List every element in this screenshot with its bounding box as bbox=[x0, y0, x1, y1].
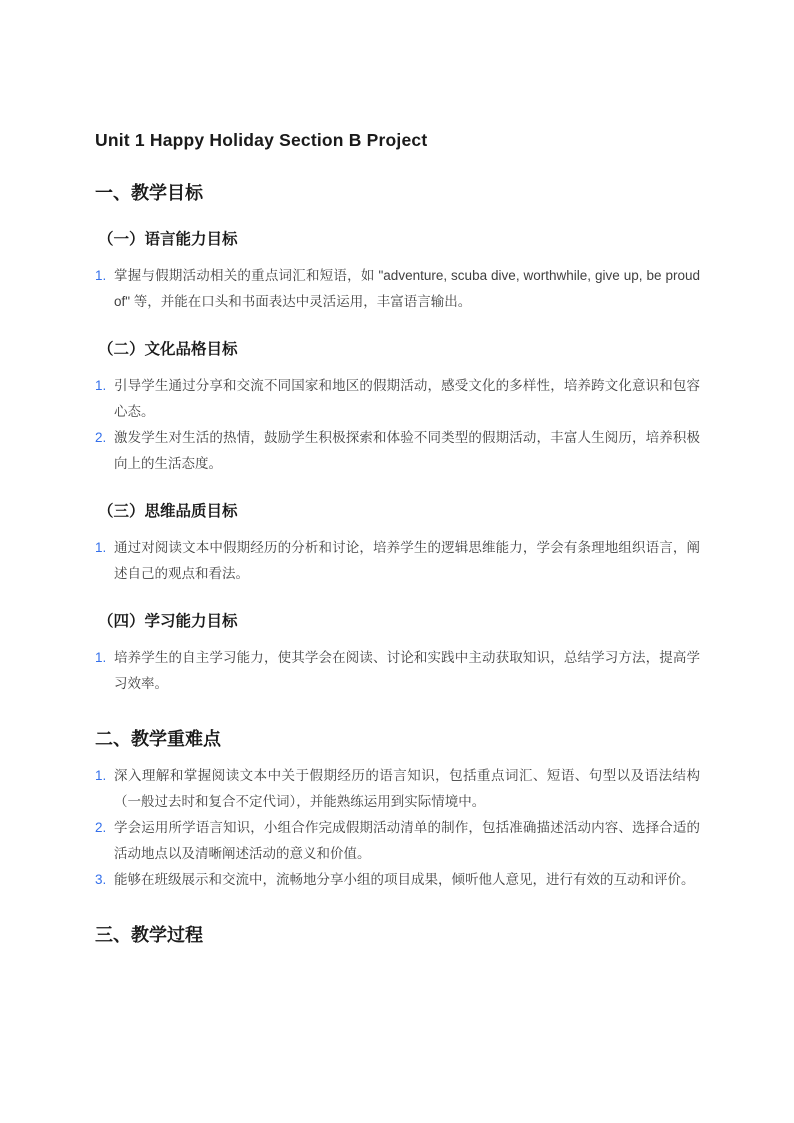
key-difficulties-list: 深入理解和掌握阅读文本中关于假期经历的语言知识，包括重点词汇、短语、句型以及语法… bbox=[95, 763, 700, 893]
list-item-text: 能够在班级展示和交流中，流畅地分享小组的项目成果，倾听他人意见，进行有效的互动和… bbox=[114, 872, 695, 887]
list-item-text: 培养学生的自主学习能力，使其学会在阅读、讨论和实践中主动获取知识，总结学习方法，… bbox=[114, 650, 700, 691]
objective-list-thinking: 通过对阅读文本中假期经历的分析和讨论，培养学生的逻辑思维能力，学会有条理地组织语… bbox=[95, 535, 700, 587]
section-heading-teaching-objectives: 一、教学目标 bbox=[95, 181, 700, 205]
subsection-heading-language-ability: （一）语言能力目标 bbox=[98, 229, 700, 251]
objective-list-cultural: 引导学生通过分享和交流不同国家和地区的假期活动，感受文化的多样性，培养跨文化意识… bbox=[95, 373, 700, 477]
list-item-text: 掌握与假期活动相关的重点词汇和短语，如 "adventure, scuba di… bbox=[114, 268, 700, 309]
list-item: 深入理解和掌握阅读文本中关于假期经历的语言知识，包括重点词汇、短语、句型以及语法… bbox=[95, 763, 700, 815]
list-item: 引导学生通过分享和交流不同国家和地区的假期活动，感受文化的多样性，培养跨文化意识… bbox=[95, 373, 700, 425]
subsection-heading-cultural-character: （二）文化品格目标 bbox=[98, 339, 700, 361]
list-item-text: 深入理解和掌握阅读文本中关于假期经历的语言知识，包括重点词汇、短语、句型以及语法… bbox=[114, 768, 700, 809]
subsection-heading-thinking-quality: （三）思维品质目标 bbox=[98, 501, 700, 523]
document-title: Unit 1 Happy Holiday Section B Project bbox=[95, 129, 700, 151]
list-item: 培养学生的自主学习能力，使其学会在阅读、讨论和实践中主动获取知识，总结学习方法，… bbox=[95, 645, 700, 697]
list-item-text: 通过对阅读文本中假期经历的分析和讨论，培养学生的逻辑思维能力，学会有条理地组织语… bbox=[114, 540, 700, 581]
list-item-text: 引导学生通过分享和交流不同国家和地区的假期活动，感受文化的多样性，培养跨文化意识… bbox=[114, 378, 700, 419]
section-heading-teaching-process: 三、教学过程 bbox=[95, 923, 700, 947]
section-heading-key-difficulties: 二、教学重难点 bbox=[95, 727, 700, 751]
list-item: 学会运用所学语言知识，小组合作完成假期活动清单的制作，包括准确描述活动内容、选择… bbox=[95, 815, 700, 867]
list-item-text: 激发学生对生活的热情，鼓励学生积极探索和体验不同类型的假期活动，丰富人生阅历，培… bbox=[114, 430, 700, 471]
objective-list-language: 掌握与假期活动相关的重点词汇和短语，如 "adventure, scuba di… bbox=[95, 263, 700, 315]
objective-list-learning: 培养学生的自主学习能力，使其学会在阅读、讨论和实践中主动获取知识，总结学习方法，… bbox=[95, 645, 700, 697]
list-item-text: 学会运用所学语言知识，小组合作完成假期活动清单的制作，包括准确描述活动内容、选择… bbox=[114, 820, 700, 861]
list-item: 能够在班级展示和交流中，流畅地分享小组的项目成果，倾听他人意见，进行有效的互动和… bbox=[95, 867, 700, 893]
list-item: 掌握与假期活动相关的重点词汇和短语，如 "adventure, scuba di… bbox=[95, 263, 700, 315]
list-item: 激发学生对生活的热情，鼓励学生积极探索和体验不同类型的假期活动，丰富人生阅历，培… bbox=[95, 425, 700, 477]
document-page: Unit 1 Happy Holiday Section B Project 一… bbox=[0, 0, 794, 1123]
subsection-heading-learning-ability: （四）学习能力目标 bbox=[98, 611, 700, 633]
list-item: 通过对阅读文本中假期经历的分析和讨论，培养学生的逻辑思维能力，学会有条理地组织语… bbox=[95, 535, 700, 587]
